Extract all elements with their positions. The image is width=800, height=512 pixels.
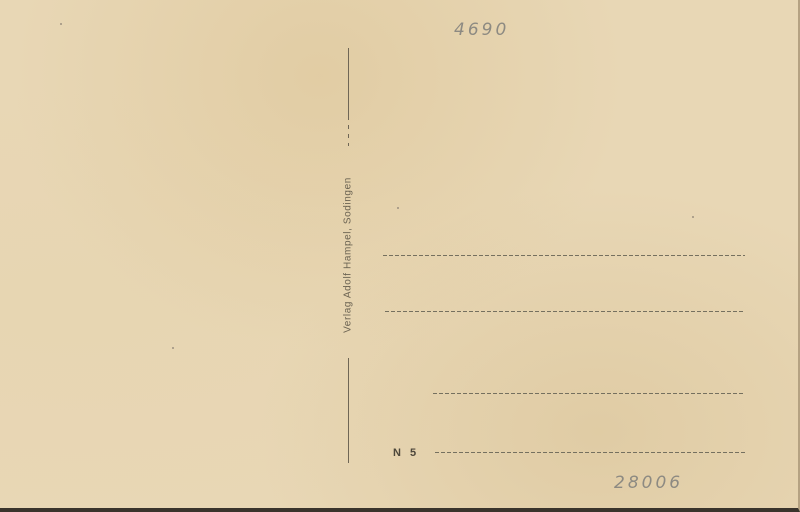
address-line-4 — [435, 452, 745, 453]
postcard-back: 4690 28006 Verlag Adolf Hampel, Sodingen… — [0, 0, 800, 512]
address-line-1 — [383, 255, 745, 256]
divider-line-top — [348, 48, 349, 116]
pencil-note-bottom: 28006 — [614, 473, 683, 493]
pencil-note-top: 4690 — [454, 20, 509, 40]
address-line-3 — [433, 393, 743, 394]
paper-speck — [397, 207, 399, 209]
divider-line-bottom — [348, 358, 349, 463]
paper-speck — [60, 23, 62, 25]
paper-speck — [692, 216, 694, 218]
divider-line-dashed — [348, 116, 349, 146]
publisher-imprint: Verlag Adolf Hampel, Sodingen — [343, 177, 354, 333]
series-number: N 5 — [393, 447, 419, 459]
paper-speck — [172, 347, 174, 349]
address-line-2 — [385, 311, 745, 312]
